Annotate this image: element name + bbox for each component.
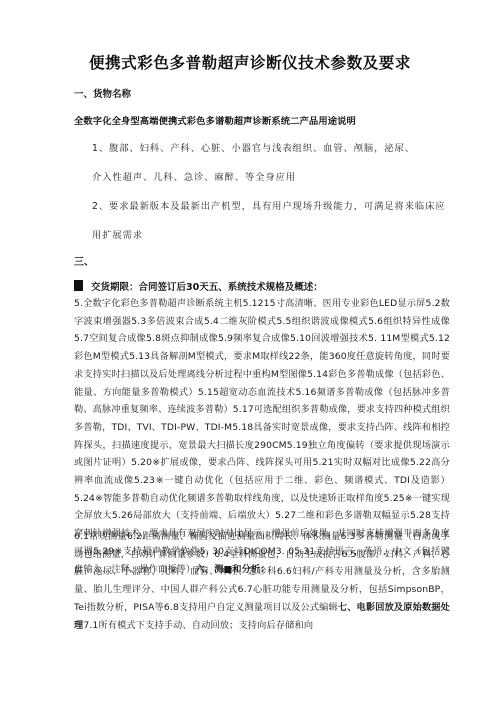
usage-item: 用扩展需求 (92, 227, 143, 241)
measure-text: 6.1常规测量6.2距离测量、椭圆及描迹测量面积周长、体积测量6.3多普勒测量（… (74, 531, 450, 613)
section-heading-three: 三、 (74, 253, 94, 268)
usage-item: 1、腹部、妇科、产科、心脏、小器官与浅表组织、血管、颅脑，泌尿、 (92, 140, 415, 154)
delivery-text: 交货期限：合同签订后30天五、系统技术规格及概述： (91, 279, 323, 293)
black-square-bullet-icon (74, 280, 83, 291)
document-page: 便携式彩色多普勒超声诊断仪技术参数及要求 一、货物名称 全数字化全身型高端便携式… (0, 0, 500, 707)
product-name-line: 全数字化全身型高端便携式彩色多谱勒超声诊断系统二产品用途说明 (74, 113, 356, 127)
section-heading-goods-name: 一、货物名称 (74, 86, 131, 100)
cine-text: 7.1所有模式下支持手动、自动回放；支持向后存储和向 (83, 620, 313, 631)
usage-item: 2、要求最新版本及最新出产机型，具有用户现场升级能力，可满足将来临床应 (92, 198, 446, 212)
delivery-line: 交货期限：合同签订后30天五、系统技术规格及概述： (74, 279, 323, 293)
measure-paragraph: 6.1常规测量6.2距离测量、椭圆及描迹测量面积周长、体积测量6.3多普勒测量（… (74, 528, 450, 634)
usage-item: 介入性超声、儿科、急诊、麻醉、等全身应用 (92, 169, 296, 183)
document-title: 便携式彩色多普勒超声诊断仪技术参数及要求 (0, 51, 500, 73)
